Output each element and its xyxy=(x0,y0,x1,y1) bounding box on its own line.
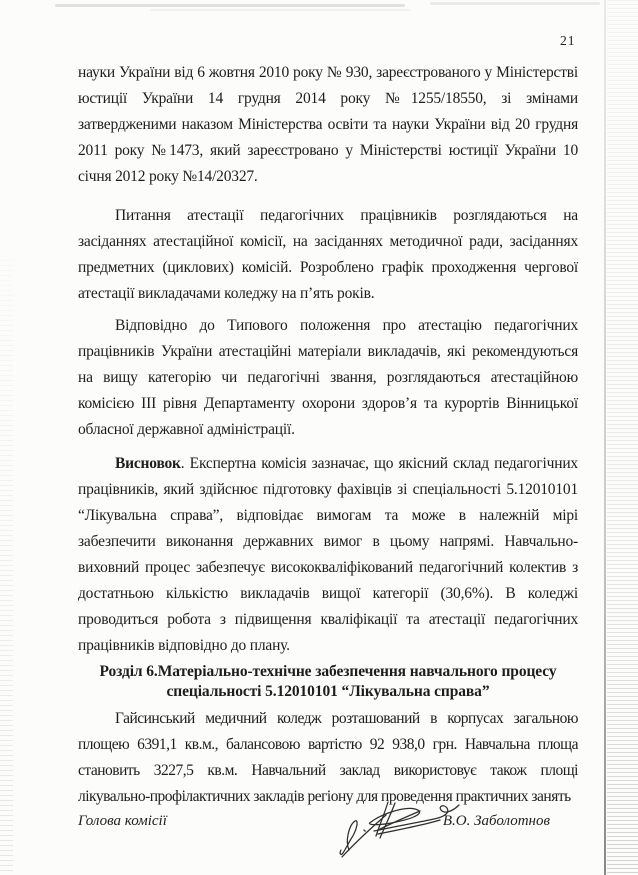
conclusion-label: Висновок xyxy=(115,455,181,472)
section-heading: Розділ 6.Матеріально-технічне забезпечен… xyxy=(78,662,578,702)
scan-streak-artifact xyxy=(430,2,600,5)
scan-edge-line-artifact xyxy=(604,0,606,875)
paragraph-registration: науки України від 6 жовтня 2010 року № 9… xyxy=(78,60,578,190)
scan-streak-artifact xyxy=(150,9,410,11)
handwritten-signature-icon xyxy=(328,789,466,863)
paragraph-conclusion: Висновок. Експертна комісія зазначає, що… xyxy=(78,451,578,659)
scan-edge-hatch-artifact xyxy=(0,260,13,875)
scan-streak-artifact xyxy=(55,4,405,7)
conclusion-text: . Експертна комісія зазначає, що якісний… xyxy=(78,455,578,654)
section-heading-line1: Розділ 6.Матеріально-технічне забезпечен… xyxy=(78,662,578,682)
section-heading-line2: спеціальності 5.12010101 “Лікувальна спр… xyxy=(78,682,578,702)
paragraph-attestation-meetings: Питання атестації педагогічних працівник… xyxy=(78,203,578,307)
page-number: 21 xyxy=(560,33,576,49)
document-body: науки України від 6 жовтня 2010 року № 9… xyxy=(78,60,578,810)
paragraph-typical-regulation: Відповідно до Типового положення про ате… xyxy=(78,313,578,443)
document-page: 21 науки України від 6 жовтня 2010 року … xyxy=(0,0,638,875)
scan-edge-hatch-artifact xyxy=(607,0,638,875)
commission-head-label: Голова комісії xyxy=(78,813,167,830)
